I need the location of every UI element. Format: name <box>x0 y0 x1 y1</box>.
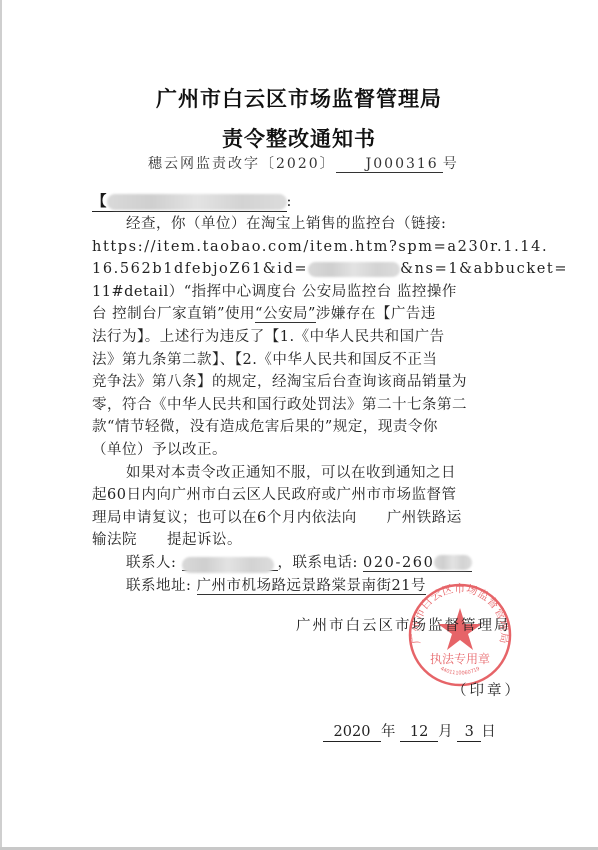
appeal-line: 输法院 提起诉讼。 <box>92 529 520 552</box>
redacted-name <box>107 194 287 210</box>
body-line: 竞争法》第八条】的规定，经淘宝后台查询该商品销量为 <box>92 371 520 394</box>
contact-address: 广州市机场路远景路棠景南街21号 <box>197 578 426 595</box>
svg-text:执法专用章: 执法专用章 <box>430 651 490 666</box>
issuing-authority: 广州市白云区市场监督管理局 <box>296 614 511 635</box>
date-month: 12 <box>400 724 438 742</box>
contact-phone: 020-260 <box>363 555 472 572</box>
contact-phone-label: ，联系电话: <box>278 555 358 571</box>
contact-person-label: 联系人: <box>126 555 176 571</box>
body-line: 款“情节轻微，没有造成危害后果的”规定，现责令你 <box>92 416 520 439</box>
document-number-value: J000316 <box>336 156 443 173</box>
date-day: 3 <box>457 724 481 742</box>
date-year: 2020 <box>323 724 381 742</box>
svg-text:4401110060719: 4401110060719 <box>439 666 481 677</box>
official-seal-icon: 广州市白云区市场监督管理局 执法专用章 4401110060719 <box>405 580 515 690</box>
redacted-id <box>308 262 400 277</box>
body-line-url: 16.562b1dfebjoZ61&id=&ns=1&abbucket= <box>92 258 520 281</box>
body-line: 法行为】。上述行为违反了【1.《中华人民共和国广告 <box>92 326 520 349</box>
appeal-line: 理局申请复议；也可以在6个月内依法向 广州铁路运 <box>92 507 520 530</box>
appeal-line: 如果对本责令改正通知不服，可以在收到通知之日 <box>92 462 520 485</box>
issue-date: 2020年 12月 3日 <box>323 720 496 742</box>
document-number: 穗云网监责改字〔2020〕J000316号 <box>148 153 459 173</box>
body-line: 零，符合《中华人民共和国行政处罚法》第二十七条第二 <box>92 394 520 417</box>
document-number-suffix: 号 <box>443 156 459 172</box>
addressee-colon: : <box>287 194 292 210</box>
body-line: 法》第九条第二款】、【2.《中华人民共和国反不正当 <box>92 349 520 372</box>
redacted-contact-person <box>182 554 278 571</box>
seal-label: （印章） <box>452 679 522 700</box>
addressee-bracket: 【 <box>92 190 287 212</box>
appeal-line: 起60日内向广州市白云区人民政府或广州市市场监督管 <box>92 484 520 507</box>
contact-line: 联系人: ，联系电话: 020-260 <box>92 552 520 575</box>
addressee: 【: <box>92 190 291 212</box>
document-title: 责令整改通知书 <box>0 123 598 153</box>
issuer-title: 广州市白云区市场监督管理局 <box>0 83 598 113</box>
body-line: 11#detail）“指挥中心调度台 公安局监控台 监控操作 <box>92 281 520 304</box>
notice-body: 经查，你（单位）在淘宝上销售的监控台（链接: https://item.taob… <box>92 213 520 597</box>
body-line: 经查，你（单位）在淘宝上销售的监控台（链接: <box>92 213 520 236</box>
keyword-underlined: “公安局” <box>255 306 316 323</box>
body-line: 台 控制台厂家直销”使用“公安局”涉嫌存在【广告违 <box>92 303 520 326</box>
document-number-prefix: 穗云网监责改字〔2020〕 <box>148 156 336 172</box>
body-line: （单位）予以改正。 <box>92 439 520 462</box>
body-line: https://item.taobao.com/item.htm?spm=a23… <box>92 236 520 259</box>
contact-address-label: 联系地址: <box>126 578 191 594</box>
